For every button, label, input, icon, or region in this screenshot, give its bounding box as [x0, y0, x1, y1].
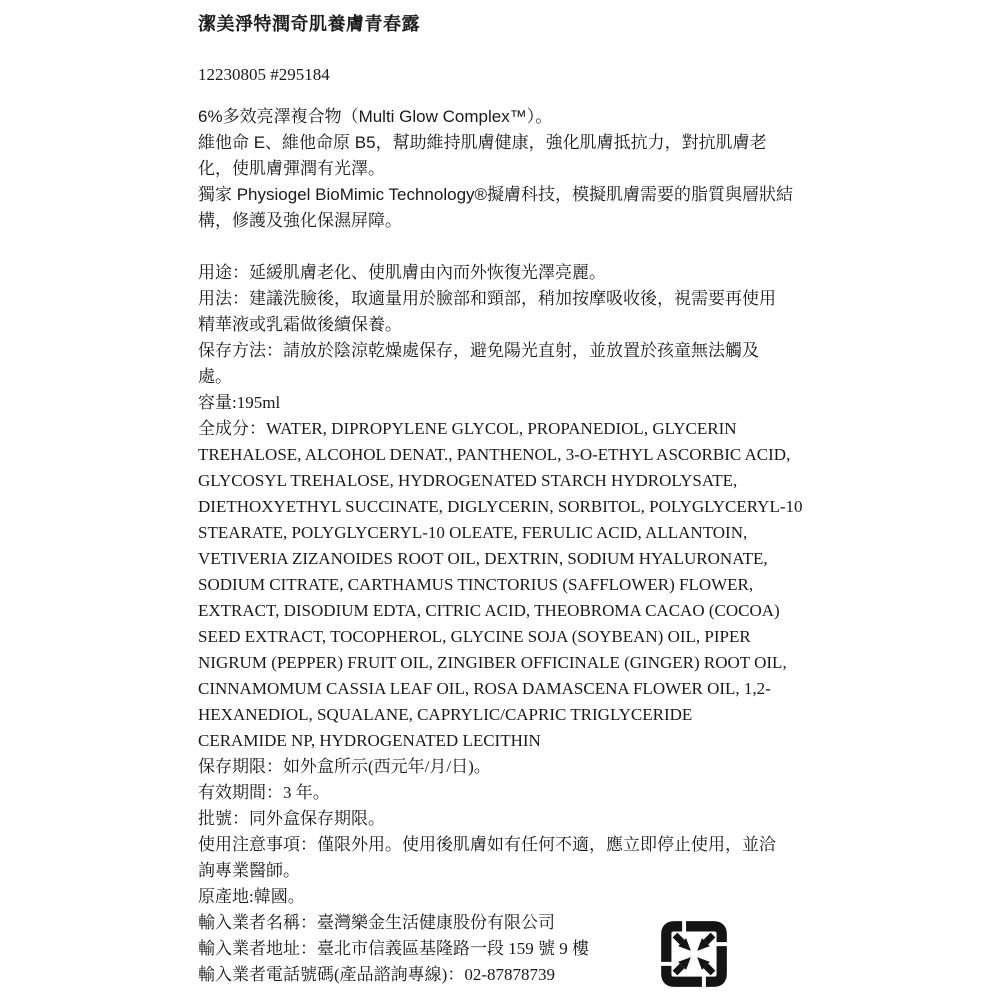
product-code: 12230805 #295184: [198, 62, 330, 88]
details-paragraph: 用途：延緩肌膚老化、使肌膚由內而外恢復光澤亮麗。用法：建議洗臉後，取適量用於臉部…: [198, 260, 808, 988]
text-line: 批號：同外盒保存期限。: [198, 806, 808, 832]
text-line: 詢專業醫師。: [198, 858, 808, 884]
text-line: SODIUM CITRATE, CARTHAMUS TINCTORIUS (SA…: [198, 572, 808, 598]
text-line: CERAMIDE NP, HYDROGENATED LECITHIN: [198, 728, 808, 754]
text-line: 用法：建議洗臉後，取適量用於臉部和頸部，稍加按摩吸收後，視需要再使用: [198, 286, 808, 312]
text-line: HEXANEDIOL, SQUALANE, CAPRYLIC/CAPRIC TR…: [198, 702, 808, 728]
text-line: STEARATE, POLYGLYCERYL-10 OLEATE, FERULI…: [198, 520, 808, 546]
text-line: 化，使肌膚彈潤有光澤。: [198, 156, 808, 182]
text-line: NIGRUM (PEPPER) FRUIT OIL, ZINGIBER OFFI…: [198, 650, 808, 676]
text-line: 使用注意事項：僅限外用。使用後肌膚如有任何不適，應立即停止使用，並洽: [198, 832, 808, 858]
text-line: EXTRACT, DISODIUM EDTA, CITRIC ACID, THE…: [198, 598, 808, 624]
text-line: 保存期限：如外盒所示(西元年/月/日)。: [198, 754, 808, 780]
text-line: 獨家 Physiogel BioMimic Technology®擬膚科技，模擬…: [198, 182, 808, 208]
text-line: 全成分：WATER, DIPROPYLENE GLYCOL, PROPANEDI…: [198, 416, 808, 442]
text-line: DIETHOXYETHYL SUCCINATE, DIGLYCERIN, SOR…: [198, 494, 808, 520]
product-info-document: 潔美淨特潤奇肌養膚青春露 12230805 #295184 6%多效亮澤複合物（…: [0, 0, 1000, 1000]
text-line: 保存方法：請放於陰涼乾燥處保存，避免陽光直射，並放置於孩童無法觸及: [198, 338, 808, 364]
text-line: 容量:195ml: [198, 390, 808, 416]
text-line: 6%多效亮澤複合物（Multi Glow Complex™）。: [198, 104, 808, 130]
text-line: SEED EXTRACT, TOCOPHEROL, GLYCINE SOJA (…: [198, 624, 808, 650]
text-line: 用途：延緩肌膚老化、使肌膚由內而外恢復光澤亮麗。: [198, 260, 808, 286]
text-line: 構，修護及強化保濕屏障。: [198, 208, 808, 234]
recycling-icon: [655, 916, 733, 992]
text-line: 處。: [198, 364, 808, 390]
text-line: GLYCOSYL TREHALOSE, HYDROGENATED STARCH …: [198, 468, 808, 494]
text-line: 有效期間：3 年。: [198, 780, 808, 806]
product-title: 潔美淨特潤奇肌養膚青春露: [198, 12, 420, 38]
text-line: TREHALOSE, ALCOHOL DENAT., PANTHENOL, 3-…: [198, 442, 808, 468]
intro-paragraph: 6%多效亮澤複合物（Multi Glow Complex™）。維他命 E、維他命…: [198, 104, 808, 234]
text-line: CINNAMOMUM CASSIA LEAF OIL, ROSA DAMASCE…: [198, 676, 808, 702]
text-line: 維他命 E、維他命原 B5，幫助維持肌膚健康，強化肌膚抵抗力，對抗肌膚老: [198, 130, 808, 156]
text-line: 精華液或乳霜做後續保養。: [198, 312, 808, 338]
text-line: 原產地:韓國。: [198, 884, 808, 910]
text-line: VETIVERIA ZIZANOIDES ROOT OIL, DEXTRIN, …: [198, 546, 808, 572]
